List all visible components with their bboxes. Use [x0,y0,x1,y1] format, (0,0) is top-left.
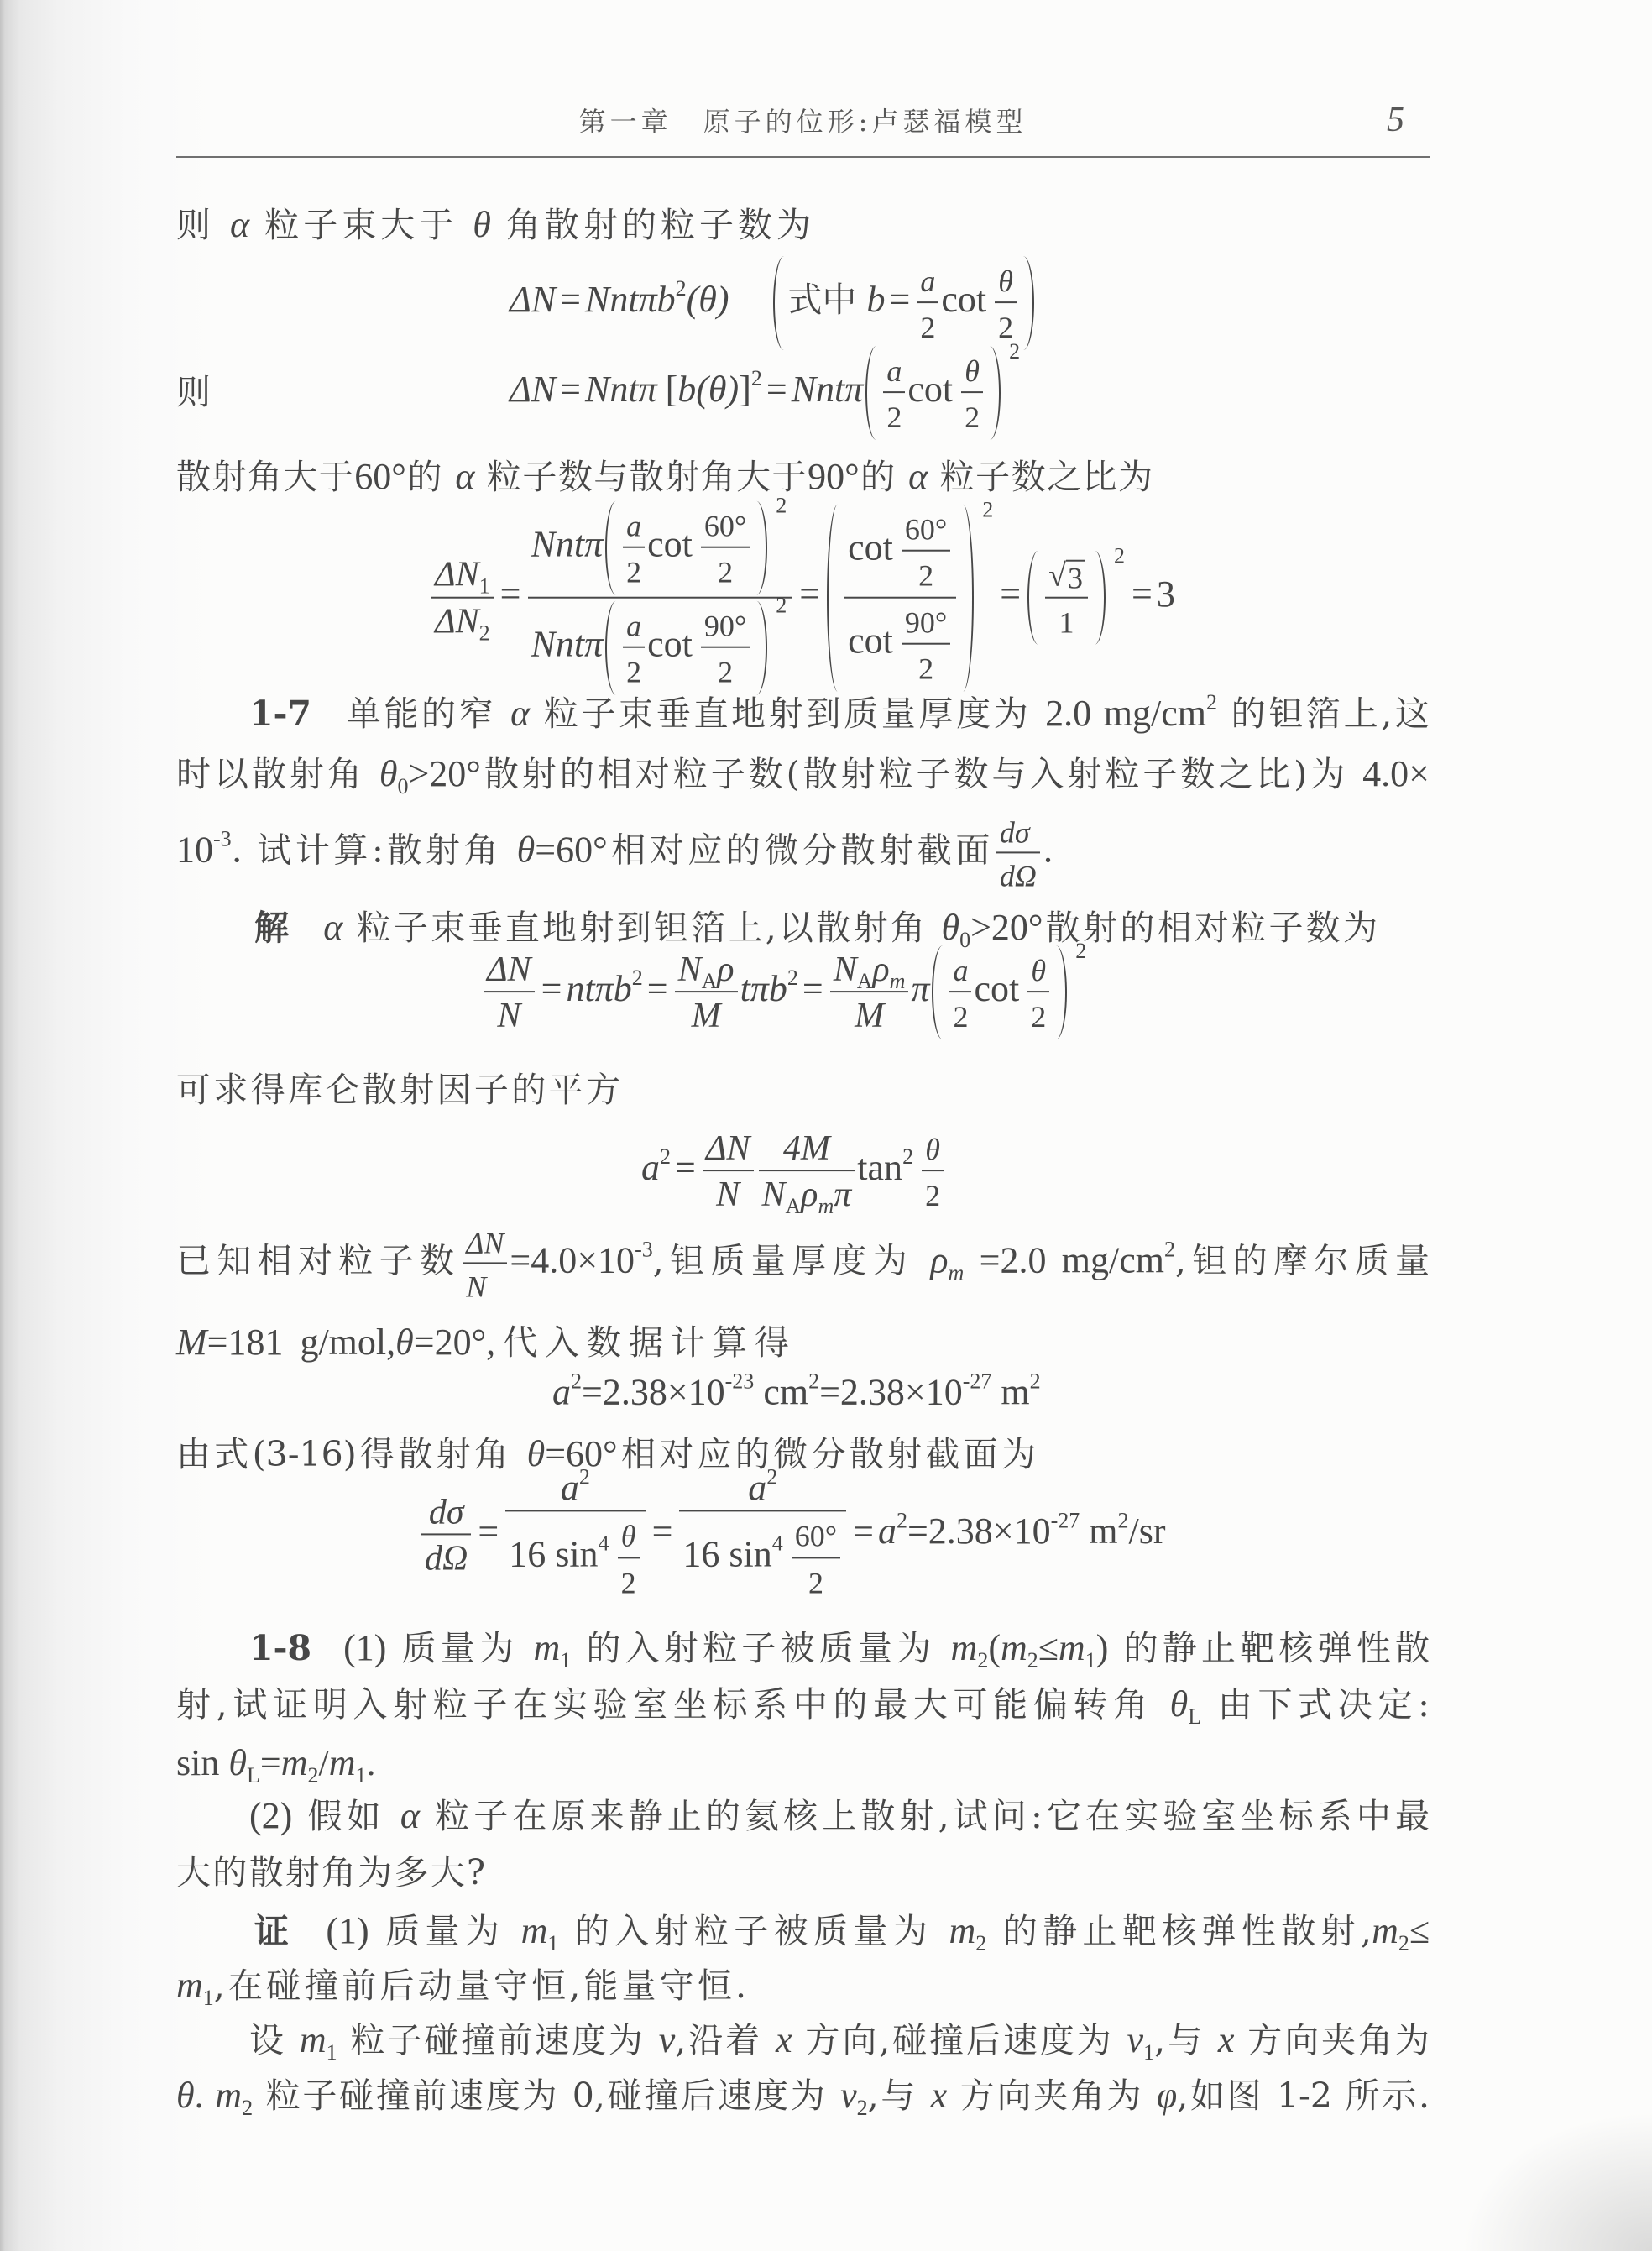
text-line: θ. m2 粒子碰撞前速度为 0,碰撞后速度为 v2,与 x 方向夹角为 φ,如… [176,2070,1430,2121]
subscript: 1 [547,1931,558,1955]
text-run: 时以散射角 [176,754,379,794]
math-num: 2 [621,1566,636,1599]
text-line: 时以散射角 θ0>20°散射的相对粒子数(散射粒子数与入射粒子数之比)为 4.0… [176,749,1430,799]
equals-sign: = [1000,573,1021,615]
math-expr: Nntπ [792,369,864,410]
math-num: =2.38×10 [907,1510,1051,1552]
left-paren [605,501,616,595]
subscript: 1 [356,1763,367,1788]
math-var: θ [998,264,1013,298]
text-line: 射,试证明入射粒子在实验室坐标系中的最大可能偏转角 θL 由下式决定: [176,1679,1430,1730]
equals-sign: = [647,968,668,1009]
math-num: =60° [535,830,607,871]
text-run: 质量为 [369,1911,521,1951]
fraction: 60°2 [701,505,750,592]
math-var: θ [1031,954,1046,987]
math-var: m [1001,1627,1027,1668]
math-func: cot [941,279,986,320]
fraction-denominator: 2 [902,645,950,688]
text-run: 散射的相对粒子数为 [1043,908,1378,948]
fraction-numerator: 60° [902,508,950,552]
equation-a-squared-value: a2=2.38×10-23 cm2=2.38×10-27 m2 [552,1372,1041,1415]
fraction-denominator: 1 [1045,599,1088,641]
text-line: 证(1) 质量为 m1 的入射粒子被质量为 m2 的静止靶核弹性散射,m2≤ [254,1906,1430,1956]
subscript: 2 [977,1648,988,1673]
math-unit: cm [754,1372,808,1413]
fraction: dσdΩ [421,1491,471,1578]
text-run: 散射角大于 [176,457,354,497]
fraction-numerator: a2 [679,1468,846,1511]
fraction-numerator: θ [618,1515,640,1558]
right-paren [756,501,767,595]
math-var: a [920,264,935,298]
superscript: 2 [1075,939,1086,964]
math-var: v [659,2019,676,2060]
math-var: x [931,2075,948,2116]
fraction: a2 [883,349,905,437]
fraction-denominator: M [675,993,738,1036]
text-run: 假如 [292,1796,400,1836]
math-num: >20° [408,753,480,794]
math-op: = [260,1742,281,1783]
equals-sign: = [799,573,820,615]
math-theta: θ [1170,1683,1189,1725]
text-run: 可求得库仑散射因子的平方 [176,1070,620,1110]
equation-delta-n-expanded: ΔN=Nntπ[b(θ)]2=Nntπa2cotθ22 [510,346,1022,440]
math-var: v [840,2075,857,2116]
right-paren [1056,945,1067,1039]
header-rule [176,156,1430,158]
math-var: m [949,1910,976,1951]
fraction-numerator: NAρ [675,949,738,992]
note-label: 式中 [788,280,857,320]
superscript: -27 [1051,1508,1080,1532]
fraction-numerator: dσ [996,812,1040,853]
math-var: m [521,1910,548,1951]
math-var: x [776,2019,792,2060]
paren-group: cot60°2cot90°22 [827,505,993,692]
superscript: 2 [1030,1369,1041,1394]
math-unit: 2.0 mg/cm [1045,693,1206,734]
fraction: cot60°2cot90°2 [844,508,956,688]
fraction: θ2 [1027,949,1049,1036]
superscript: -23 [725,1369,755,1394]
math-num: 4.0× [1362,753,1430,794]
math-num: =2.38×10 [582,1372,725,1413]
math-func: cot [848,527,893,568]
fraction-denominator: 2 [792,1558,840,1601]
text-run: ,如图 1-2 所示. [1177,2076,1430,2116]
math-punct: . [195,2075,216,2116]
math-delta-n: ΔN [487,950,531,989]
math-var: v [1127,2019,1144,2060]
text-line: 1-8(1) 质量为 m1 的入射粒子被质量为 m2(m2≤m1) 的静止靶核弹… [249,1623,1430,1673]
right-paren [1095,551,1106,645]
math-var: m [300,2019,327,2060]
fraction-numerator: ΔN [484,949,535,992]
math-unit: m [991,1372,1029,1413]
fraction: 90°2 [902,601,950,688]
math-paren: ( [988,1627,1001,1668]
math-var: M [855,997,884,1036]
subscript: 2 [1398,1931,1409,1955]
math-num: 2 [1031,1001,1046,1034]
text-run: 粒子碰撞前速度为 0,碰撞后速度为 [253,2076,840,2116]
math-num: 10 [176,830,213,871]
superscript: 2 [1009,339,1020,364]
text-run: 粒子碰撞前速度为 [337,2020,659,2060]
superscript: 2 [1206,690,1217,715]
paren-group: a2cot90°22 [605,601,787,695]
math-func: cot [647,524,693,565]
fraction-denominator: Nntπa2cot90°22 [528,599,793,695]
subscript: 1 [1143,2040,1154,2065]
fraction-denominator: 16 sin460°2 [679,1512,846,1602]
equation-cross-section: dσdΩ=a216 sin4θ2=a216 sin460°2=a2=2.38×1… [419,1468,1166,1601]
fraction-denominator: ΔN2 [431,599,494,641]
text-line: 则 α 粒子束大于 θ 角散射的粒子数为 [176,200,811,250]
math-expr: Nntπ [585,369,657,410]
fraction-numerator: Nntπa2cot60°22 [528,501,793,599]
math-var: m [1372,1910,1398,1951]
math-theta: θ [941,907,959,948]
superscript: 2 [1164,1238,1175,1262]
fraction-denominator: dΩ [996,854,1040,894]
subscript: 1 [327,2040,337,2065]
subscript: 2 [1027,1648,1038,1673]
text-run: ,与 [868,2076,931,2116]
fraction-numerator: θ [1027,949,1049,992]
fraction-numerator: a [623,505,645,548]
math-func: tan [857,1147,902,1188]
left-paren [827,505,838,692]
superscript: -27 [963,1369,992,1394]
math-alpha: α [510,693,530,734]
math-num: 1 [1059,606,1074,640]
fraction: a2 [949,949,971,1036]
math-var: b [867,279,886,320]
fraction-denominator: 2 [618,1558,640,1601]
math-var: M [692,997,721,1036]
fraction: 4MNAρmπ [759,1128,855,1215]
fraction-numerator: cot60°2 [844,508,956,599]
math-theta: θ [473,204,491,245]
left-paren [773,256,784,350]
text-line: 大的散射角为多大? [176,1847,485,1898]
right-bracket: ] [739,369,751,410]
math-func: 16 sin [682,1534,771,1575]
text-run: . 试计算:散射角 [232,830,517,871]
fraction: NAρmM [830,949,909,1036]
subscript: 2 [975,1931,986,1955]
math-expr: ntπb [567,968,632,1009]
problem-number: 1-8 [249,1628,311,1668]
equals-sign: = [652,1510,673,1552]
superscript: 2 [982,498,993,523]
subscript: 2 [479,621,490,646]
text-line: 散射角大于60°的 α 粒子数与散射角大于90°的 α 粒子数之比为 [176,452,1153,502]
text-run: 的入射粒子被质量为 [558,1911,949,1951]
superscript: 2 [1114,544,1125,569]
fraction: ΔN1ΔN2 [431,554,494,641]
math-func: cot [907,369,953,410]
math-rho: ρ [930,1240,948,1281]
fraction: θ2 [922,1128,944,1215]
text-run: ,沿着 [675,2020,776,2060]
text-run: 则 [176,205,230,245]
item-number: (1) [326,1910,369,1951]
fraction: θ2 [618,1515,640,1602]
text-run: ,与 [1154,2020,1218,2060]
fraction-numerator: dσ [421,1491,471,1535]
math-alpha: α [400,1795,420,1836]
paren-group: a2cot60°22 [605,501,787,595]
math-unit: /sr [1129,1510,1166,1552]
text-line: M=181 g/mol,θ=20°,代入数据计算得 [176,1317,789,1368]
math-var: a [561,1467,579,1508]
fraction-denominator: cot90°2 [844,599,956,688]
fraction-denominator: 2 [949,993,971,1036]
text-run: 粒子束垂直地射到质量厚度为 [530,694,1045,734]
left-paren [932,945,943,1039]
subscript: 1 [1085,1648,1096,1673]
subscript: 1 [479,574,490,599]
math-num: 2 [953,1001,968,1034]
text-run: 单能的窄 [343,694,510,734]
subscript: 2 [307,1763,318,1788]
math-var: a [626,610,641,643]
math-num: 2 [626,656,641,689]
equation-delta-n: ΔN=Nntπb2(θ)式中b=a2cotθ2 [510,256,1037,350]
page-number: 5 [1387,101,1404,139]
math-delta-n: ΔN [466,1226,504,1259]
fraction-denominator: 2 [902,552,950,594]
fraction-numerator: 60° [701,505,750,548]
fraction: a2 [917,259,938,347]
paren-group: a2cotθ22 [932,945,1086,1039]
fraction: a216 sin4θ2 [505,1468,645,1601]
fraction-numerator: 60° [792,1515,840,1558]
math-func: sin [176,1742,228,1783]
text-run: 的钽箔上,这 [1217,694,1430,734]
text-line: (2) 假如 α 粒子在原来静止的氦核上散射,试问:它在实验室坐标系中最 [249,1791,1430,1841]
math-var: a [626,510,641,543]
math-arg: (θ) [687,279,729,320]
text-run: ,在碰撞前后动量守恒,能量守恒. [214,1966,746,2006]
right-paren [990,346,1001,440]
math-var: N [834,950,857,989]
math-theta: θ [517,830,536,871]
fraction-denominator: 2 [623,548,645,591]
math-var: dσ [429,1493,464,1531]
fraction-numerator: NAρm [830,949,909,992]
paren-content: a2cot60°2 [620,501,752,595]
solution-label: 解 [254,908,291,948]
math-theta: θ [379,753,398,794]
text-run: 粒子束大于 [249,205,473,245]
equation-relative-count: ΔNN=ntπb2=NAρMtπb2=NAρmMπa2cotθ22 [481,945,1089,1039]
text-run: 粒子数与散射角大于 [474,457,808,497]
math-pi: π [834,1176,851,1215]
superscript: 2 [897,1508,907,1532]
math-num: 60° [704,510,746,543]
math-var: a [886,354,902,388]
fraction-denominator: NAρmπ [759,1172,855,1215]
superscript: 2 [1118,1508,1129,1532]
math-alpha: α [230,204,249,245]
text-line: sin θL=m2/m1. [176,1738,376,1788]
text-run: 的静止靶核弹性散射, [986,1911,1372,1951]
equation-ratio: ΔN1ΔN2=Nntπa2cot60°22Nntπa2cot90°22=cot6… [429,501,1175,695]
text-line: 已知相对粒子数ΔNN=4.0×10-3,钽质量厚度为 ρm =2.0 mg/cm… [176,1222,1430,1304]
fraction-denominator: 16 sin4θ2 [505,1512,645,1602]
math-var: 4M [783,1129,830,1168]
equation-a-squared: a2=ΔNN4MNAρmπtan2θ2 [641,1128,946,1215]
equals-sign: = [478,1510,499,1552]
math-var: ρ [872,950,889,989]
superscript: 2 [787,966,798,990]
text-run: 由下式决定: [1201,1684,1430,1725]
equals-sign: = [802,968,823,1009]
radicand: 3 [1066,560,1085,595]
math-pi: π [911,968,929,1009]
math-var: m [533,1627,560,1668]
math-expr: Nntπ [531,524,604,565]
equals-sign: = [890,279,911,320]
math-num: 2 [918,559,933,593]
text-run: 的入射粒子被质量为 [571,1628,950,1668]
fraction-denominator: N [703,1172,754,1215]
item-number: (1) [343,1627,386,1668]
paren-group: a2cotθ22 [865,346,1020,440]
fraction-denominator: 2 [883,394,905,437]
text-run: 质量为 [386,1628,533,1668]
subscript: m [949,1261,965,1285]
math-var: N [716,1176,740,1215]
equals-sign: = [560,279,581,320]
text-run: 已知相对粒子数 [176,1241,460,1281]
math-alpha: α [908,456,928,497]
math-num: 60° [795,1520,837,1553]
text-run: 方向,碰撞后速度为 [792,2020,1127,2060]
text-run: 的 [860,457,908,497]
fraction: 90°2 [701,605,750,692]
fraction-denominator: 2 [922,1172,944,1215]
superscript: 2 [776,495,787,519]
subscript: A [786,1195,802,1219]
math-phi: φ [1157,2075,1177,2116]
fraction-numerator: 90° [701,605,750,648]
math-num: 90° [905,606,947,640]
superscript: 2 [776,594,787,619]
text-run: 则 [176,372,211,412]
math-op: / [318,1742,328,1783]
text-line: 则 [176,367,211,417]
math-num: =4.0×10 [510,1240,635,1281]
equals-sign: = [675,1147,696,1188]
math-op: ≤ [1038,1627,1059,1668]
math-var: m [281,1742,308,1783]
text-run: ,钽的摩尔质量 [1175,1241,1430,1281]
math-var: a [953,954,968,987]
text-run: 相对应的微分散射截面 [608,830,994,871]
equals-sign: = [541,968,562,1009]
fraction: 60°2 [902,508,950,595]
math-var: θ [621,1520,636,1553]
subscript: L [247,1763,260,1788]
math-paren: ) [1096,1627,1109,1668]
equals-sign: = [500,573,521,615]
math-var: ρ [717,950,734,989]
superscript: 2 [579,1464,590,1489]
text-run: 方向夹角为 [947,2076,1157,2116]
fraction-denominator: 2 [701,648,750,691]
equals-sign: = [560,369,581,410]
superscript: 4 [599,1531,609,1556]
math-delta-n: ΔN [435,603,479,641]
math-delta-n: ΔN [510,369,556,410]
text-run: 代入数据计算得 [495,1322,789,1363]
math-num: =2.38×10 [819,1372,963,1413]
math-var: dΩ [1000,860,1037,893]
math-var: θ [965,354,980,388]
subscript: m [890,969,906,993]
fraction: 60°2 [792,1515,840,1602]
paren-content: a2cot90°2 [620,601,752,695]
math-op: ≤ [1409,1910,1430,1951]
paren-content: cot60°2cot90°2 [842,505,959,692]
text-run: 粒子在原来静止的氦核上散射,试问:它在实验室坐标系中最 [420,1796,1430,1836]
math-num: 90° [808,456,860,497]
math-theta: θ [176,2075,195,2116]
math-var: N [466,1270,486,1304]
fraction-numerator: a [917,259,938,303]
fraction-numerator: a [623,605,645,648]
fraction-numerator: 90° [902,601,950,645]
fraction-numerator: a2 [505,1468,645,1511]
math-var: M [176,1322,207,1363]
superscript: 2 [571,1369,582,1394]
fraction-denominator: 2 [623,648,645,691]
superscript: -3 [213,827,232,851]
math-unit: =181 g/mol, [207,1322,395,1363]
text-run: 方向夹角为 [1234,2020,1430,2060]
fraction-denominator: M [830,993,909,1036]
left-paren [605,601,616,695]
equals-sign: = [853,1510,874,1552]
math-unit: m [1080,1510,1117,1552]
math-func: cot [647,623,693,664]
math-var: N [762,1176,786,1215]
text-line: m1,在碰撞前后动量守恒,能量守恒. [176,1960,746,2011]
paren-group: √312 [1027,551,1125,645]
text-run: ,钽质量厚度为 [653,1241,931,1281]
math-num: 2 [718,556,733,589]
math-var: x [1218,2019,1235,2060]
math-num: 2 [808,1566,823,1599]
text-run: 的静止靶核弹性散 [1108,1628,1430,1668]
fraction: θ2 [995,259,1017,347]
math-func: cot [974,968,1019,1009]
square-root: √3 [1048,560,1085,595]
paren-content: a2cotθ2 [881,346,985,440]
fraction-denominator: 2 [701,548,750,591]
math-expr: Nntπb [585,279,676,320]
fraction-numerator: a [883,349,905,393]
text-run: 角散射的粒子数为 [491,205,811,245]
math-var: dσ [1000,815,1030,849]
paren-content: √31 [1043,551,1090,645]
